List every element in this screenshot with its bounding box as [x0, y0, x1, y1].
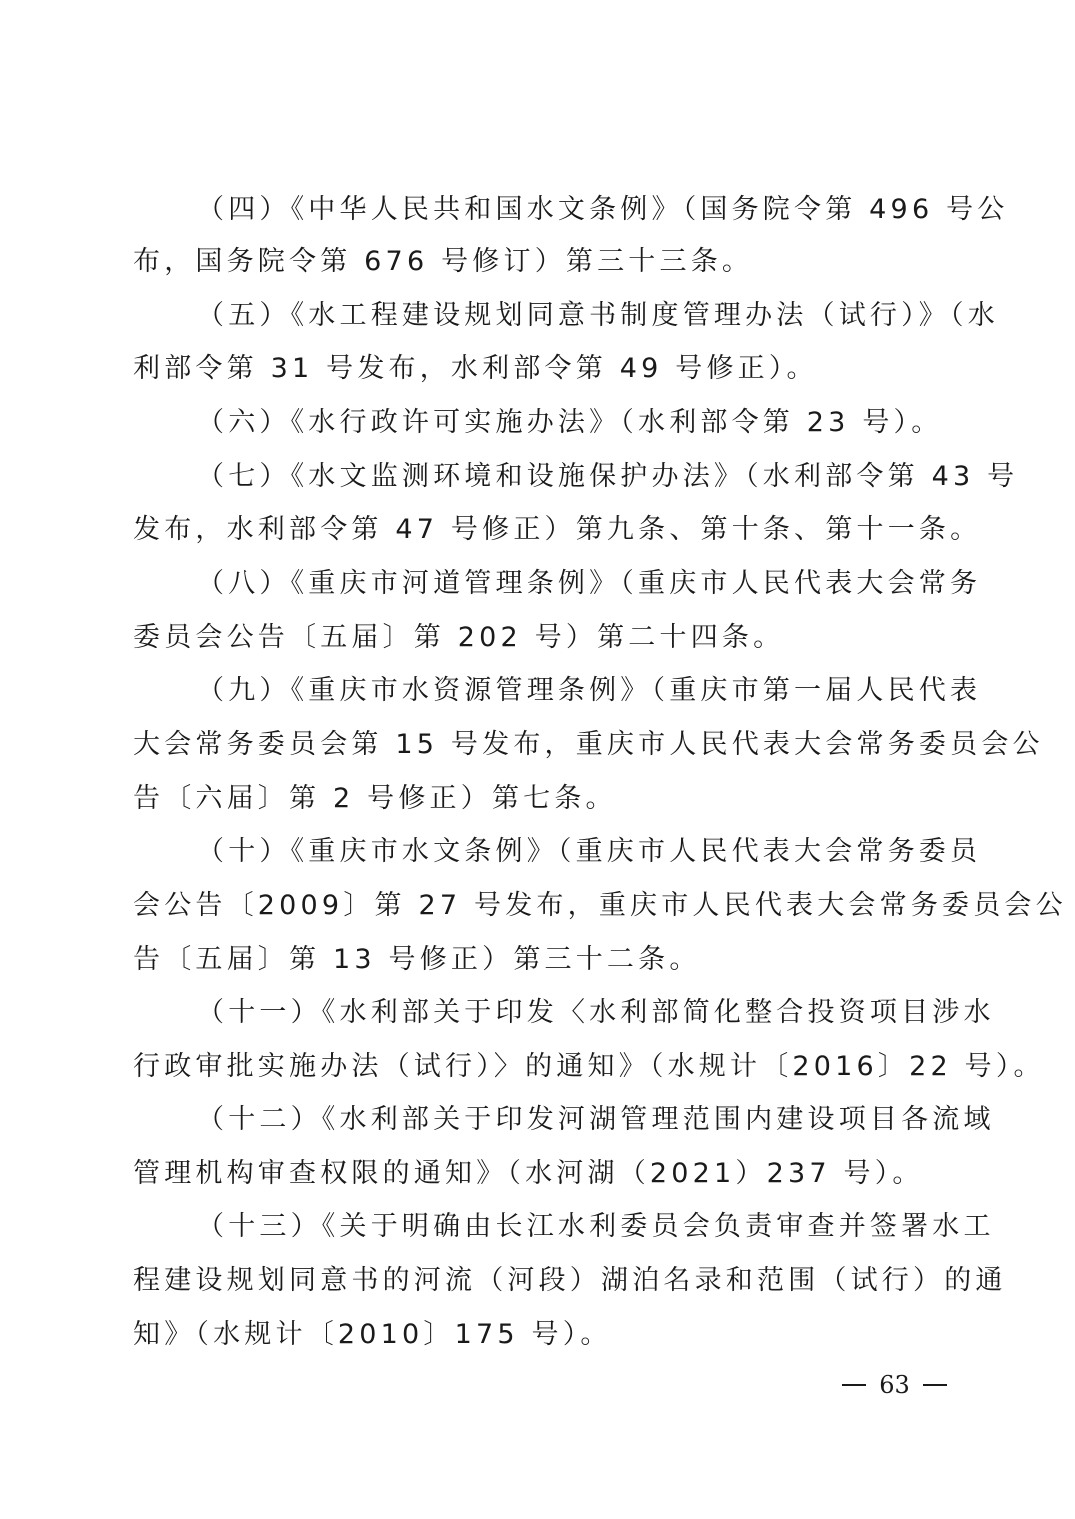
paragraph-12-line-2: 管理机构审查权限的通知》（水河湖（2021）237 号）。	[133, 1154, 943, 1194]
page-number: 63	[842, 1368, 947, 1402]
paragraph-9-line-1: （九）《重庆市水资源管理条例》（重庆市第一届人民代表	[197, 671, 943, 711]
paragraph-4-line-2: 布，国务院令第 676 号修订）第三十三条。	[133, 242, 943, 282]
paragraph-6-line-1: （六）《水行政许可实施办法》（水利部令第 23 号）。	[197, 403, 943, 443]
dash-left-icon	[842, 1384, 866, 1386]
paragraph-10-line-2: 会公告〔2009〕第 27 号发布，重庆市人民代表大会常务委员会公	[133, 886, 943, 926]
document-page: （四）《中华人民共和国水文条例》（国务院令第 496 号公 布，国务院令第 67…	[0, 0, 1075, 1519]
dash-right-icon	[923, 1384, 947, 1386]
paragraph-10-line-1: （十）《重庆市水文条例》（重庆市人民代表大会常务委员	[197, 832, 943, 872]
paragraph-4-line-1: （四）《中华人民共和国水文条例》（国务院令第 496 号公	[197, 190, 943, 230]
paragraph-12-line-1: （十二）《水利部关于印发河湖管理范围内建设项目各流域	[197, 1100, 943, 1140]
page-number-value: 63	[879, 1368, 910, 1402]
paragraph-9-line-3: 告〔六届〕第 2 号修正）第七条。	[133, 779, 943, 819]
paragraph-8-line-1: （八）《重庆市河道管理条例》（重庆市人民代表大会常务	[197, 564, 943, 604]
paragraph-5-line-2: 利部令第 31 号发布，水利部令第 49 号修正）。	[133, 349, 943, 389]
paragraph-13-line-3: 知》（水规计〔2010〕175 号）。	[133, 1315, 943, 1355]
paragraph-9-line-2: 大会常务委员会第 15 号发布，重庆市人民代表大会常务委员会公	[133, 725, 943, 765]
paragraph-5-line-1: （五）《水工程建设规划同意书制度管理办法（试行）》（水	[197, 296, 943, 336]
paragraph-7-line-1: （七）《水文监测环境和设施保护办法》（水利部令第 43 号	[197, 457, 943, 497]
paragraph-11-line-2: 行政审批实施办法（试行）〉的通知》（水规计〔2016〕22 号）。	[133, 1047, 953, 1087]
paragraph-7-line-2: 发布，水利部令第 47 号修正）第九条、第十条、第十一条。	[133, 510, 943, 550]
paragraph-11-line-1: （十一）《水利部关于印发〈水利部简化整合投资项目涉水	[197, 993, 943, 1033]
paragraph-13-line-2: 程建设规划同意书的河流（河段）湖泊名录和范围（试行）的通	[133, 1261, 943, 1301]
paragraph-13-line-1: （十三）《关于明确由长江水利委员会负责审查并签署水工	[197, 1207, 943, 1247]
paragraph-8-line-2: 委员会公告〔五届〕第 202 号）第二十四条。	[133, 618, 943, 658]
paragraph-10-line-3: 告〔五届〕第 13 号修正）第三十二条。	[133, 940, 943, 980]
